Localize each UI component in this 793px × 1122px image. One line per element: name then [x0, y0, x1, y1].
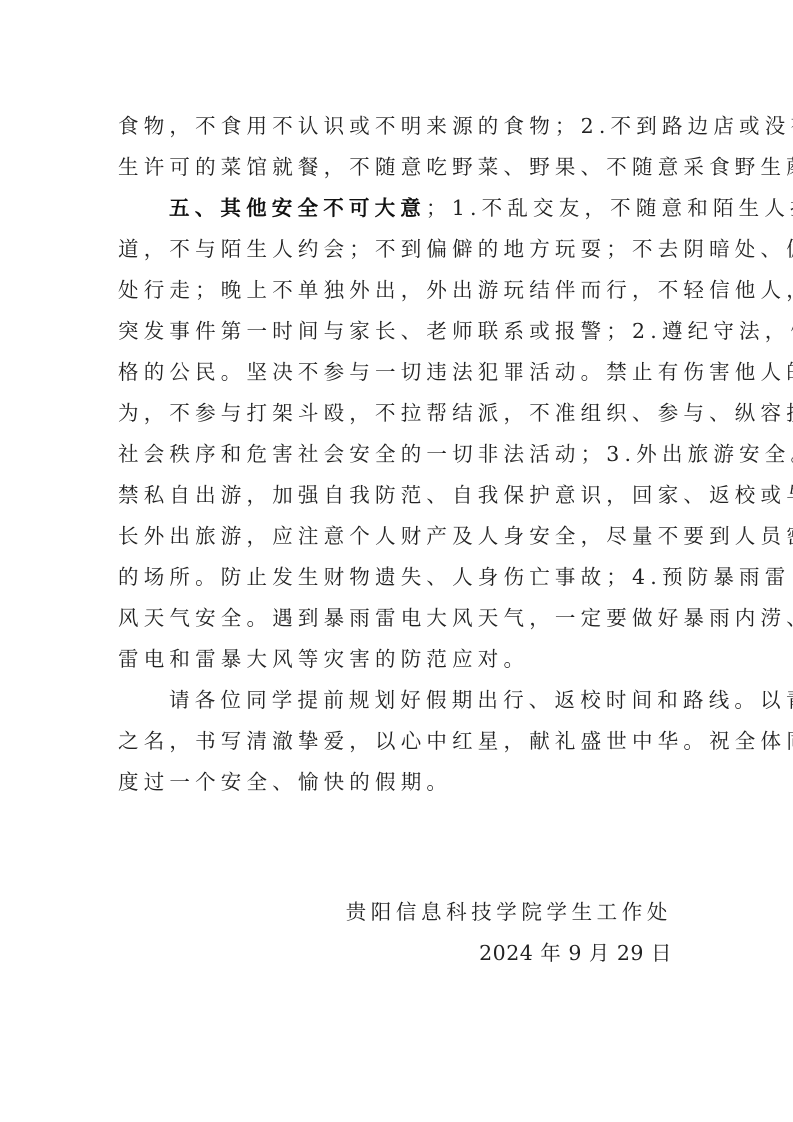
body-line-5: 处行走；晚上不单独外出，外出游玩结伴而行，不轻信他人，遇 — [118, 270, 684, 311]
closing-line-2: 之名，书写清澈挚爱，以心中红星，献礼盛世中华。祝全体同学 — [118, 721, 684, 762]
document-page: 食物，不食用不认识或不明来源的食物；2.不到路边店或没有卫 生许可的菜馆就餐，不… — [0, 0, 793, 1122]
body-line-1: 食物，不食用不认识或不明来源的食物；2.不到路边店或没有卫 — [118, 106, 684, 147]
document-body: 食物，不食用不认识或不明来源的食物；2.不到路边店或没有卫 生许可的菜馆就餐，不… — [118, 106, 684, 803]
body-line-11: 长外出旅游，应注意个人财产及人身安全，尽量不要到人员密集 — [118, 516, 684, 557]
body-line-7: 格的公民。坚决不参与一切违法犯罪活动。禁止有伤害他人的行 — [118, 352, 684, 393]
body-line-8: 为，不参与打架斗殴，不拉帮结派，不准组织、参与、纵容扰乱 — [118, 393, 684, 434]
body-line-9: 社会秩序和危害社会安全的一切非法活动；3.外出旅游安全。严 — [118, 434, 684, 475]
signature-date: 2024 年 9 月 29 日 — [479, 936, 672, 966]
closing-line-1: 请各位同学提前规划好假期出行、返校时间和路线。以青春 — [118, 680, 684, 721]
body-line-14: 雷电和雷暴大风等灾害的防范应对。 — [118, 639, 684, 680]
signature-organization: 贵阳信息科技学院学生工作处 — [346, 895, 672, 925]
body-line-12: 的场所。防止发生财物遗失、人身伤亡事故；4.预防暴雨雷电大 — [118, 557, 684, 598]
section-five-line: 五、其他安全不可大意；1.不乱交友，不随意和陌生人打交 — [118, 188, 684, 229]
body-line-10: 禁私自出游，加强自我防范、自我保护意识，回家、返校或与家 — [118, 475, 684, 516]
section-five-text: ；1.不乱交友，不随意和陌生人打交 — [426, 196, 793, 220]
section-five-heading: 五、其他安全不可大意 — [169, 196, 426, 220]
body-line-2: 生许可的菜馆就餐，不随意吃野菜、野果、不随意采食野生蘑菇。 — [118, 147, 684, 188]
body-line-6: 突发事件第一时间与家长、老师联系或报警；2.遵纪守法，做合 — [118, 311, 684, 352]
closing-line-3: 度过一个安全、愉快的假期。 — [118, 762, 684, 803]
body-line-4: 道，不与陌生人约会；不到偏僻的地方玩耍；不去阴暗处、偏僻 — [118, 229, 684, 270]
body-line-13: 风天气安全。遇到暴雨雷电大风天气，一定要做好暴雨内涝、强 — [118, 598, 684, 639]
